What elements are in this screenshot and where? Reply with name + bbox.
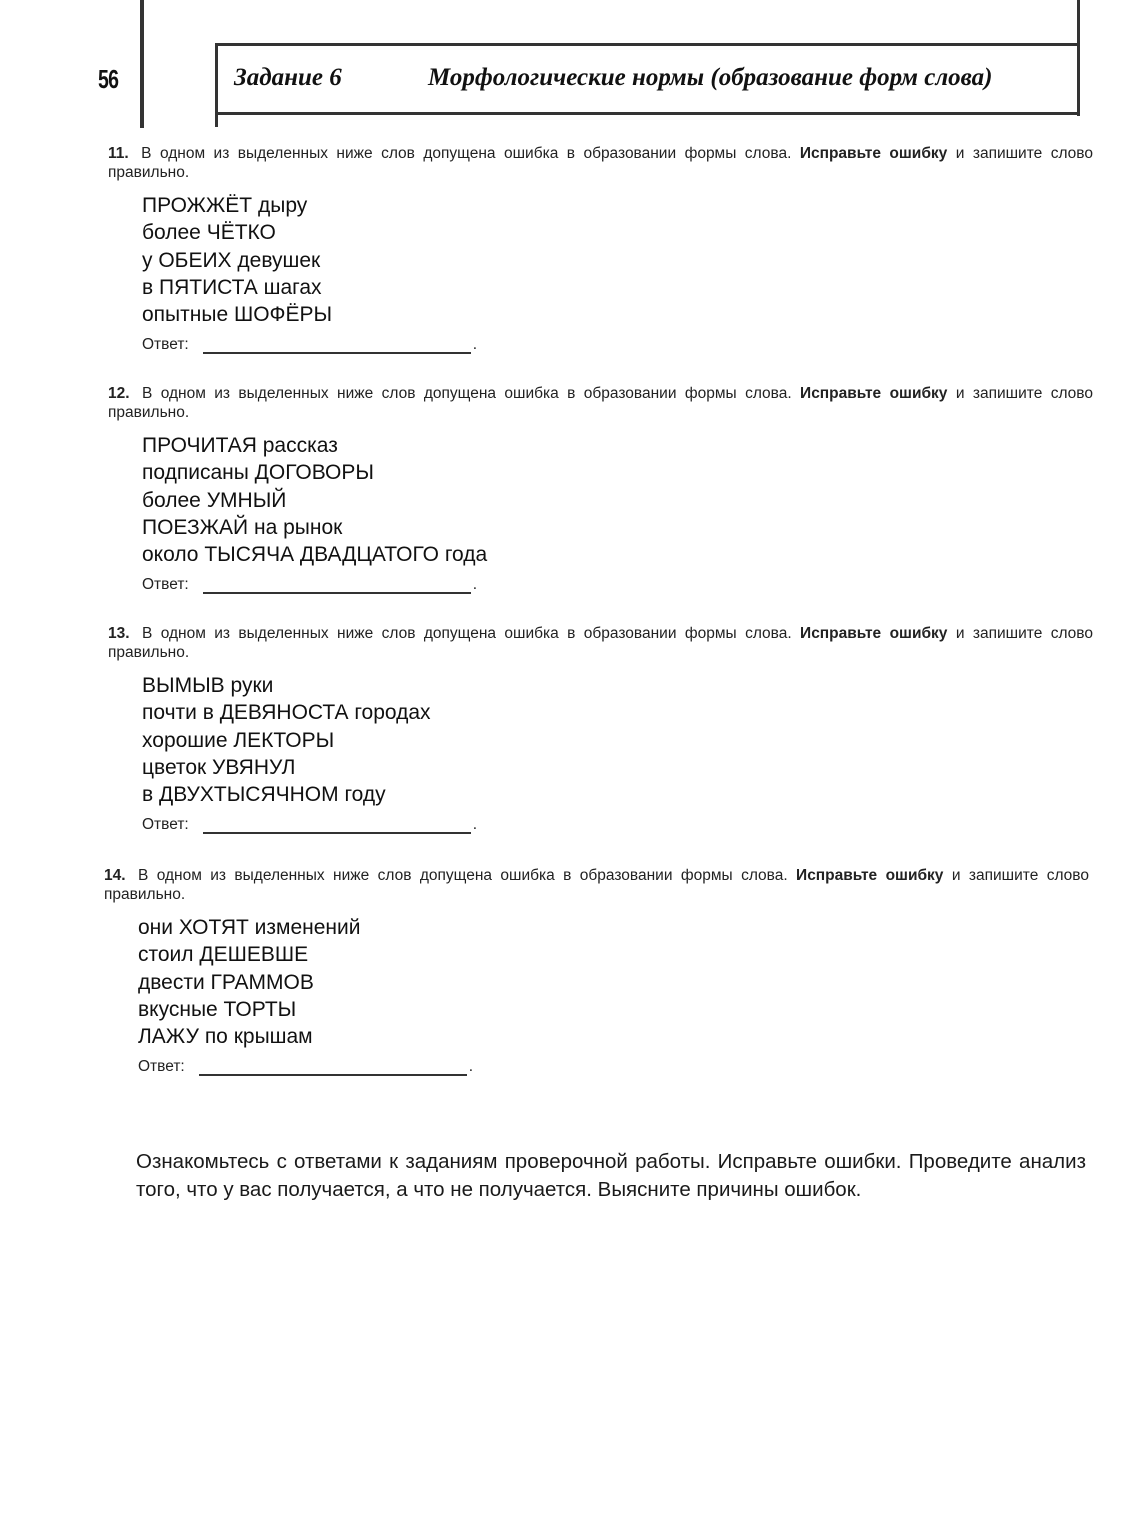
option-item: почти в ДЕВЯНОСТА городах xyxy=(142,699,1093,726)
task-prompt: 14. В одном из выделенных ниже слов допу… xyxy=(104,866,1089,904)
option-item: у ОБЕИХ девушек xyxy=(142,247,1093,274)
option-item: ВЫМЫВ руки xyxy=(142,672,1093,699)
option-item: они ХОТЯТ изменений xyxy=(138,914,1089,941)
option-item: более ЧЁТКО xyxy=(142,219,1093,246)
page-number: 56 xyxy=(98,64,118,95)
section-header: Задание 6 Морфологические нормы (образов… xyxy=(215,43,1079,115)
task-number: 14. xyxy=(104,867,126,884)
options-list: ПРОЧИТАЯ рассказ подписаны ДОГОВОРЫ боле… xyxy=(142,432,1093,568)
task-14: 14. В одном из выделенных ниже слов допу… xyxy=(104,866,1089,1076)
answer-label: Ответ: xyxy=(142,816,189,834)
answer-label: Ответ: xyxy=(142,576,189,594)
header-rule-stub xyxy=(215,115,218,127)
option-item: подписаны ДОГОВОРЫ xyxy=(142,459,1093,486)
task-number: 11. xyxy=(108,145,129,162)
option-item: ПОЕЗЖАЙ на рынок xyxy=(142,514,1093,541)
section-title: Морфологические нормы (образование форм … xyxy=(428,64,993,92)
task-label: Задание 6 xyxy=(234,64,342,92)
options-list: ПРОЖЖЁТ дыру более ЧЁТКО у ОБЕИХ девушек… xyxy=(142,192,1093,328)
final-instructions: Ознакомьтесь с ответами к заданиям прове… xyxy=(136,1148,1086,1204)
answer-field[interactable] xyxy=(203,336,471,354)
task-13: 13. В одном из выделенных ниже слов допу… xyxy=(108,624,1093,834)
option-item: вкусные ТОРТЫ xyxy=(138,996,1089,1023)
option-item: стоил ДЕШЕВШЕ xyxy=(138,941,1089,968)
task-prompt: 13. В одном из выделенных ниже слов допу… xyxy=(108,624,1093,662)
task-prompt: 12. В одном из выделенных ниже слов допу… xyxy=(108,384,1093,422)
option-item: более УМНЫЙ xyxy=(142,487,1093,514)
option-item: двести ГРАММОВ xyxy=(138,969,1089,996)
answer-label: Ответ: xyxy=(138,1058,185,1076)
option-item: опытные ШОФЁРЫ xyxy=(142,301,1093,328)
option-item: хорошие ЛЕКТОРЫ xyxy=(142,727,1093,754)
option-item: ПРОЧИТАЯ рассказ xyxy=(142,432,1093,459)
task-number: 12. xyxy=(108,385,130,402)
answer-row: Ответ: . xyxy=(142,816,1093,834)
options-list: ВЫМЫВ руки почти в ДЕВЯНОСТА городах хор… xyxy=(142,672,1093,808)
task-number: 13. xyxy=(108,625,130,642)
task-12: 12. В одном из выделенных ниже слов допу… xyxy=(108,384,1093,594)
task-prompt: 11. В одном из выделенных ниже слов допу… xyxy=(108,144,1093,182)
option-item: в ПЯТИСТА шагах xyxy=(142,274,1093,301)
option-item: в ДВУХТЫСЯЧНОМ году xyxy=(142,781,1093,808)
task-11: 11. В одном из выделенных ниже слов допу… xyxy=(108,144,1093,354)
options-list: они ХОТЯТ изменений стоил ДЕШЕВШЕ двести… xyxy=(138,914,1089,1050)
answer-row: Ответ: . xyxy=(138,1058,1089,1076)
answer-label: Ответ: xyxy=(142,336,189,354)
option-item: цветок УВЯНУЛ xyxy=(142,754,1093,781)
answer-field[interactable] xyxy=(203,816,471,834)
option-item: ПРОЖЖЁТ дыру xyxy=(142,192,1093,219)
answer-field[interactable] xyxy=(199,1058,467,1076)
answer-row: Ответ: . xyxy=(142,336,1093,354)
answer-row: Ответ: . xyxy=(142,576,1093,594)
page-margin-rule-left xyxy=(140,0,144,128)
option-item: около ТЫСЯЧА ДВАДЦАТОГО года xyxy=(142,541,1093,568)
option-item: ЛАЖУ по крышам xyxy=(138,1023,1089,1050)
answer-field[interactable] xyxy=(203,576,471,594)
